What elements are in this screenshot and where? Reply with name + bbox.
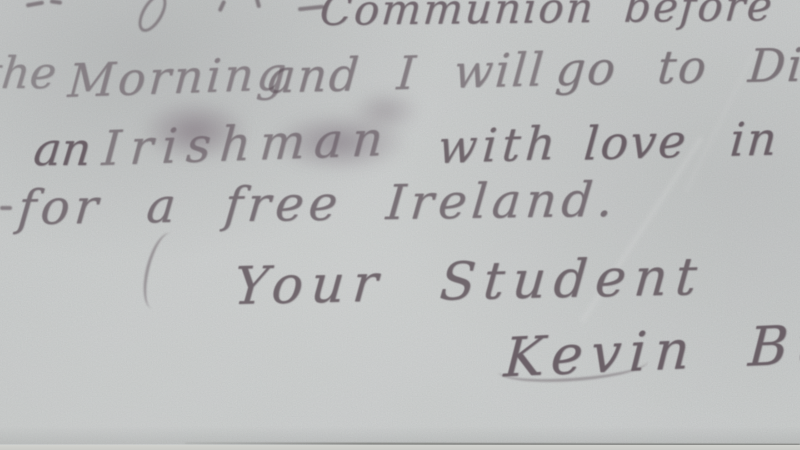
paper-edge-strip	[0, 445, 800, 450]
signature: Kevin Bu	[503, 317, 800, 386]
handwriting-line-4: for a free Ireland.	[16, 176, 620, 232]
ink-blot	[350, 90, 420, 132]
paper-edge-shadow	[0, 426, 800, 444]
ink-fragment	[133, 0, 172, 36]
handwriting-line-3-love-in: love in	[582, 115, 780, 166]
ink-fragment	[218, 0, 227, 12]
ink-fragment	[26, 0, 44, 7]
ink-flourish	[137, 229, 186, 312]
ink-fragment	[255, 0, 261, 8]
handwriting-line-3-with: with	[436, 120, 561, 170]
handwriting-line-2-and-i-will: and I will	[266, 46, 547, 99]
letter-photograph: Communion before the the Morning and I w…	[0, 0, 800, 450]
handwriting-line-2-the: the	[0, 52, 58, 96]
handwriting-layer: Communion before the the Morning and I w…	[0, 0, 800, 450]
handwriting-line-3-an: an	[32, 126, 94, 172]
ink-fragment	[0, 206, 12, 210]
handwriting-line-1: Communion before the	[318, 0, 800, 32]
handwriting-line-2-morning: Morning	[66, 50, 290, 104]
ink-fragment	[50, 0, 62, 5]
ink-blot	[140, 100, 250, 162]
handwriting-line-5: Your Student	[232, 251, 707, 313]
handwriting-line-2-go-to: go to Di	[554, 42, 800, 92]
